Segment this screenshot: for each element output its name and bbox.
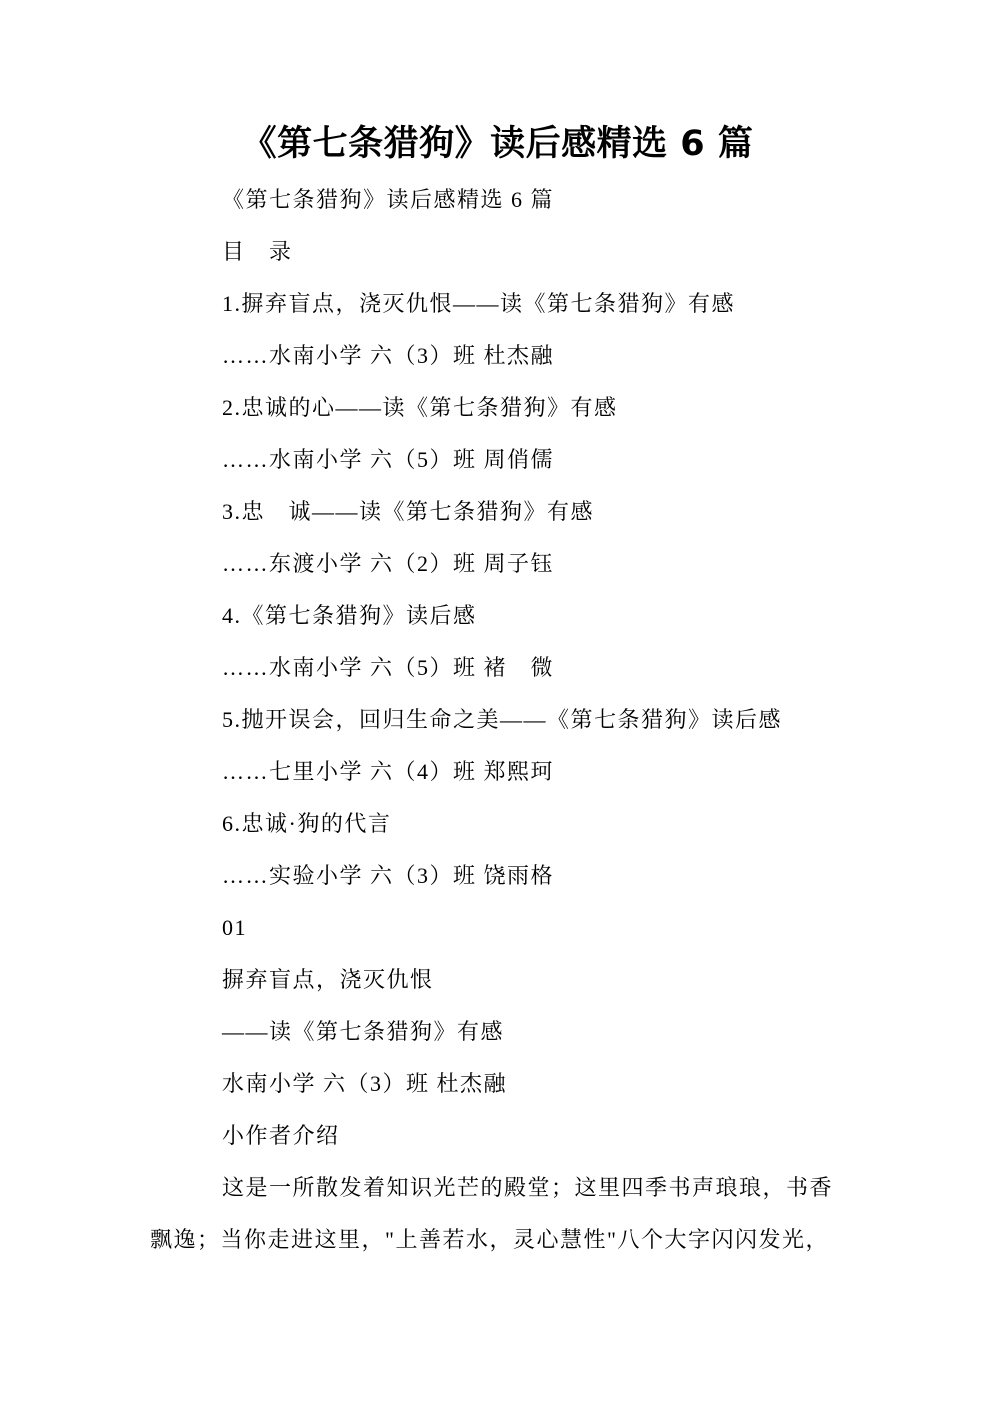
toc-entry-5-author: ……七里小学 六（4）班 郑熙珂 xyxy=(150,746,845,798)
toc-entry-3-title: 3.忠 诚——读《第七条猎狗》有感 xyxy=(150,486,845,538)
toc-label: 目 录 xyxy=(150,226,845,278)
toc-entry-1-author: ……水南小学 六（3）班 杜杰融 xyxy=(150,330,845,382)
document-page: 《第七条猎狗》读后感精选 6 篇 《第七条猎狗》读后感精选 6 篇 目 录 1.… xyxy=(0,0,993,1404)
section-paragraph: 这是一所散发着知识光芒的殿堂；这里四季书声琅琅，书香飘逸；当你走进这里，"上善若… xyxy=(150,1162,845,1266)
section-number: 01 xyxy=(150,902,845,954)
toc-entry-5-title: 5.抛开误会，回归生命之美——《第七条猎狗》读后感 xyxy=(150,694,845,746)
toc-entry-6-author: ……实验小学 六（3）班 饶雨格 xyxy=(150,850,845,902)
toc-entry-4-title: 4.《第七条猎狗》读后感 xyxy=(150,590,845,642)
document-title: 《第七条猎狗》读后感精选 6 篇 xyxy=(150,118,845,170)
subtitle-line: 《第七条猎狗》读后感精选 6 篇 xyxy=(150,174,845,226)
toc-entry-4-author: ……水南小学 六（5）班 褚 微 xyxy=(150,642,845,694)
section-title-line-2: ——读《第七条猎狗》有感 xyxy=(150,1006,845,1058)
section-subheading: 小作者介绍 xyxy=(150,1110,845,1162)
toc-entry-2-title: 2.忠诚的心——读《第七条猎狗》有感 xyxy=(150,382,845,434)
document-body: 《第七条猎狗》读后感精选 6 篇 目 录 1.摒弃盲点，浇灭仇恨——读《第七条猎… xyxy=(150,174,845,1266)
toc-entry-1-title: 1.摒弃盲点，浇灭仇恨——读《第七条猎狗》有感 xyxy=(150,278,845,330)
toc-entry-2-author: ……水南小学 六（5）班 周俏儒 xyxy=(150,434,845,486)
section-author-line: 水南小学 六（3）班 杜杰融 xyxy=(150,1058,845,1110)
section-title-line-1: 摒弃盲点，浇灭仇恨 xyxy=(150,954,845,1006)
toc-entry-6-title: 6.忠诚·狗的代言 xyxy=(150,798,845,850)
toc-entry-3-author: ……东渡小学 六（2）班 周子钰 xyxy=(150,538,845,590)
